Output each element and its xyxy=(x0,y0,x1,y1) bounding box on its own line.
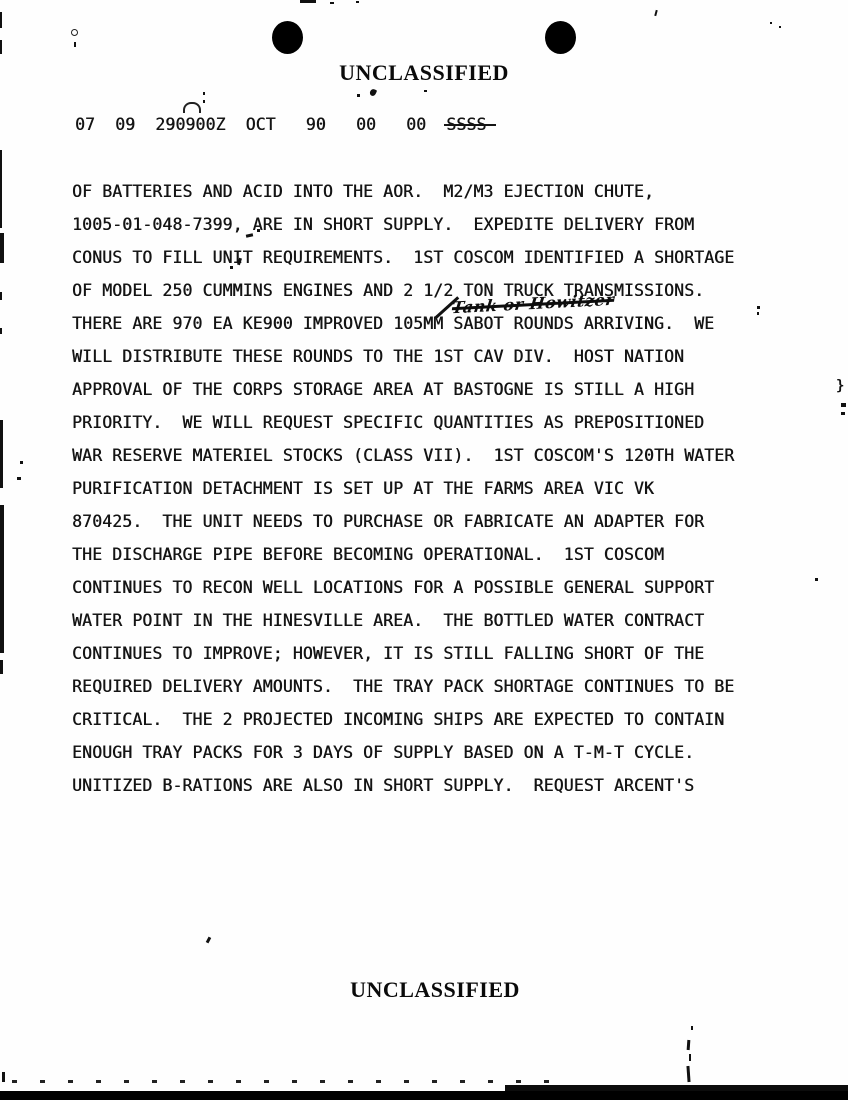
scan-artifact xyxy=(0,292,2,300)
paper-speck xyxy=(330,2,334,4)
body-text-line: WILL DISTRIBUTE THESE ROUNDS TO THE 1ST … xyxy=(72,342,772,375)
body-text-line: ENOUGH TRAY PACKS FOR 3 DAYS OF SUPPLY B… xyxy=(72,738,772,771)
handwritten-squiggle: } xyxy=(836,378,844,394)
paper-speck xyxy=(757,312,759,315)
paper-speck xyxy=(779,26,781,28)
scan-artifact xyxy=(0,40,2,54)
paper-speck xyxy=(74,42,76,47)
body-text-line: THERE ARE 970 EA KE900 IMPROVED 105MM SA… xyxy=(72,309,772,342)
paper-speck xyxy=(300,0,316,3)
body-text-line: UNITIZED B-RATIONS ARE ALSO IN SHORT SUP… xyxy=(72,771,772,804)
paper-speck xyxy=(257,229,260,232)
handwritten-squiggle xyxy=(183,102,201,113)
paper-speck xyxy=(356,1,359,3)
paper-speck xyxy=(757,306,760,309)
classification-footer: UNCLASSIFIED xyxy=(22,977,848,1003)
scan-artifact xyxy=(691,1026,693,1030)
paper-speck xyxy=(203,92,205,95)
body-text-line: CONTINUES TO IMPROVE; HOWEVER, IT IS STI… xyxy=(72,639,772,672)
scan-artifact xyxy=(689,1054,691,1061)
document-page: UNCLASSIFIED 07 09 290900Z OCT 90 00 00 … xyxy=(0,0,848,1100)
body-text-line: OF MODEL 250 CUMMINS ENGINES AND 2 1/2 T… xyxy=(72,276,772,309)
struck-code: SSSS xyxy=(446,115,486,134)
paper-speck xyxy=(770,22,772,24)
body-text-line: PRIORITY. WE WILL REQUEST SPECIFIC QUANT… xyxy=(72,408,772,441)
paper-speck xyxy=(841,412,845,415)
body-text-line: CONTINUES TO RECON WELL LOCATIONS FOR A … xyxy=(72,573,772,606)
body-text-line: WAR RESERVE MATERIEL STOCKS (CLASS VII).… xyxy=(72,441,772,474)
paper-speck xyxy=(20,461,23,464)
scan-artifact xyxy=(2,1072,5,1082)
scan-artifact xyxy=(0,233,4,263)
date-line: 07 09 290900Z OCT 90 00 00 SSSS xyxy=(75,115,486,134)
scan-artifact xyxy=(0,12,2,28)
paper-speck xyxy=(654,10,657,16)
body-text-line: CRITICAL. THE 2 PROJECTED INCOMING SHIPS… xyxy=(72,705,772,738)
scan-artifact xyxy=(686,1066,690,1082)
paper-speck xyxy=(17,477,21,480)
paper-speck xyxy=(203,100,205,103)
paper-speck xyxy=(841,403,846,407)
paper-speck xyxy=(230,266,233,269)
scan-artifact xyxy=(0,328,2,334)
scan-artifact xyxy=(687,1040,691,1050)
body-text-line: APPROVAL OF THE CORPS STORAGE AREA AT BA… xyxy=(72,375,772,408)
scan-artifact xyxy=(0,660,3,674)
paper-speck xyxy=(206,937,211,944)
body-text-line: 870425. THE UNIT NEEDS TO PURCHASE OR FA… xyxy=(72,507,772,540)
paper-speck xyxy=(71,29,78,36)
paper-speck xyxy=(424,90,427,92)
scan-artifact xyxy=(0,420,3,488)
document-body: OF BATTERIES AND ACID INTO THE AOR. M2/M… xyxy=(72,177,772,804)
hole-punch-left-icon xyxy=(272,21,303,54)
scan-edge-bar xyxy=(0,1091,848,1100)
body-text-line: THE DISCHARGE PIPE BEFORE BECOMING OPERA… xyxy=(72,540,772,573)
scan-artifact xyxy=(0,505,4,653)
scan-dash-row xyxy=(12,1080,560,1083)
paper-speck xyxy=(369,88,377,97)
body-text-line: REQUIRED DELIVERY AMOUNTS. THE TRAY PACK… xyxy=(72,672,772,705)
body-text-line: WATER POINT IN THE HINESVILLE AREA. THE … xyxy=(72,606,772,639)
hole-punch-right-icon xyxy=(545,21,576,54)
classification-header: UNCLASSIFIED xyxy=(0,60,848,86)
paper-speck xyxy=(357,94,360,97)
body-text-line: 1005-01-048-7399, ARE IN SHORT SUPPLY. E… xyxy=(72,210,772,243)
scan-artifact xyxy=(0,150,2,228)
paper-speck xyxy=(815,578,818,581)
date-line-text: 07 09 290900Z OCT 90 00 00 xyxy=(75,115,446,134)
body-text-line: PURIFICATION DETACHMENT IS SET UP AT THE… xyxy=(72,474,772,507)
body-text-line: CONUS TO FILL UNIT REQUIREMENTS. 1ST COS… xyxy=(72,243,772,276)
body-text-line: OF BATTERIES AND ACID INTO THE AOR. M2/M… xyxy=(72,177,772,210)
